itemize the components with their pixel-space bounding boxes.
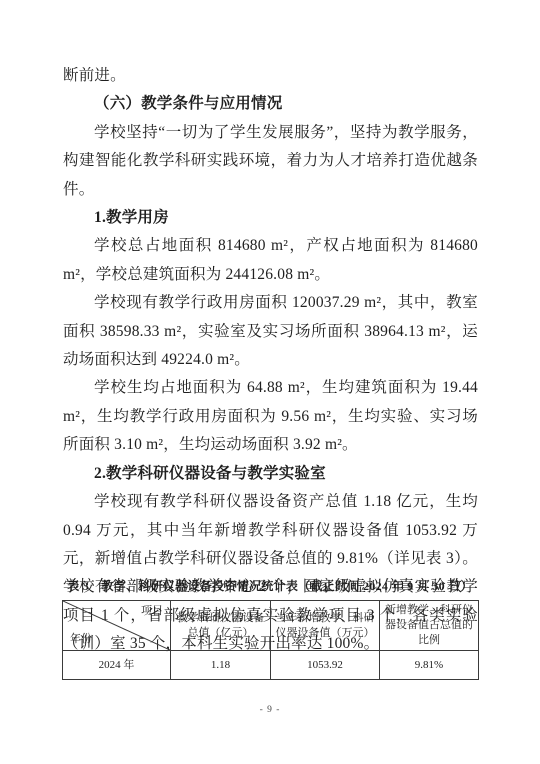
- paragraph-continuation: 断前进。: [63, 62, 478, 90]
- table-col-header-ratio: 新增教学、科研仪器设备值占总值的比例: [380, 601, 479, 651]
- table-cell-ratio: 9.81%: [380, 651, 479, 680]
- paragraph: 学校现有教学行政用房面积 120037.29 m²，其中，教室面积 38598.…: [63, 289, 478, 374]
- paragraph: 学校生均占地面积为 64.88 m²，生均建筑面积为 19.44 m²，生均教学…: [63, 374, 478, 459]
- table-col-header-total: 教学科研仪器设备总值（亿元）: [171, 601, 271, 651]
- section-heading: （六）教学条件与应用情况: [63, 90, 478, 118]
- document-page: 断前进。 （六）教学条件与应用情况 学校坚持“一切为了学生发展服务”，坚持为教学…: [0, 0, 540, 764]
- page-number: - 9 -: [0, 705, 540, 715]
- corner-label-year: 年份: [70, 632, 92, 647]
- table-cell-new-value: 1053.92: [271, 651, 380, 680]
- table-cell-year: 2024 年: [63, 651, 171, 680]
- paragraph: 学校总占地面积 814680 m²，产权占地面积为 814680 m²，学校总建…: [63, 232, 478, 289]
- table-caption: 表 3 教学、科研仪器设备投资情况统计表（截止时间 2024 年 9 月 30 …: [62, 577, 478, 594]
- document-body: 断前进。 （六）教学条件与应用情况 学校坚持“一切为了学生发展服务”，坚持为教学…: [63, 62, 478, 659]
- table-cell-total: 1.18: [171, 651, 271, 680]
- corner-label-item: 项目: [141, 604, 163, 619]
- table-col-header-new-value: 当年新增教学、科研仪器设备值（万元）: [271, 601, 380, 651]
- table-header-row: 项目 年份 教学科研仪器设备总值（亿元） 当年新增教学、科研仪器设备值（万元） …: [63, 601, 479, 651]
- table-row: 2024 年 1.18 1053.92 9.81%: [63, 651, 479, 680]
- table-corner-cell: 项目 年份: [63, 601, 171, 651]
- subsection-heading-equipment: 2.教学科研仪器设备与教学实验室: [63, 460, 478, 488]
- paragraph: 学校坚持“一切为了学生发展服务”，坚持为教学服务，构建智能化教学科研实践环境，着…: [63, 119, 478, 204]
- subsection-heading-teaching-rooms: 1.教学用房: [63, 204, 478, 232]
- stats-table: 项目 年份 教学科研仪器设备总值（亿元） 当年新增教学、科研仪器设备值（万元） …: [62, 600, 479, 680]
- table-section: 表 3 教学、科研仪器设备投资情况统计表（截止时间 2024 年 9 月 30 …: [62, 577, 478, 680]
